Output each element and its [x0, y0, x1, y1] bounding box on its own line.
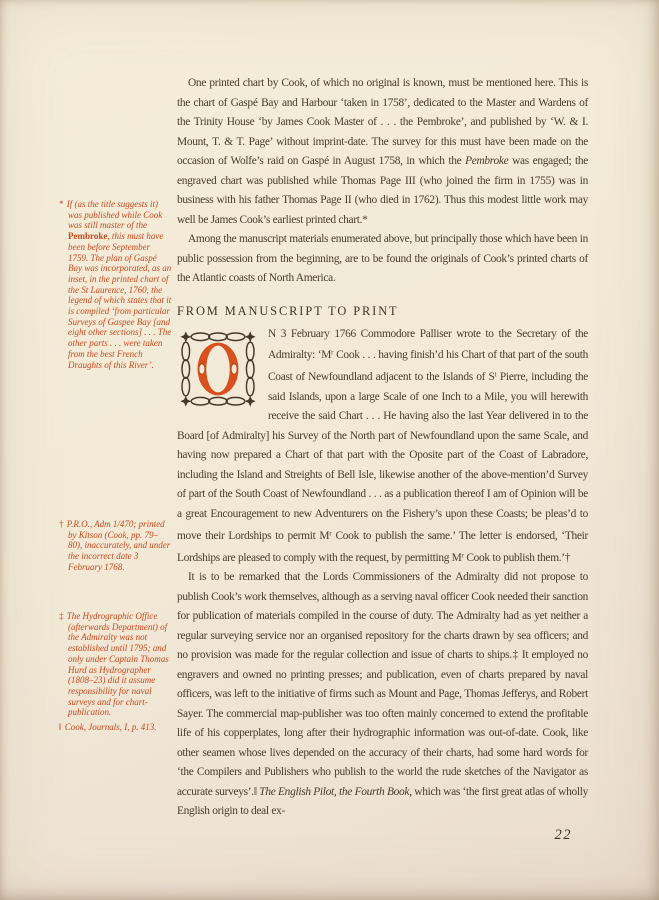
body-paragraph-2: Among the manuscript materials enumerate…	[177, 230, 588, 289]
margin-note-parallels: ‖ Cook, Journals, I, p. 413.	[59, 722, 172, 733]
margin-note-asterisk: * If (as the title suggests it) was publ…	[59, 199, 172, 370]
drop-cap-ornament: O	[177, 328, 259, 410]
book-page: * If (as the title suggests it) was publ…	[0, 0, 659, 900]
body-paragraph-1: One printed chart by Cook, of which no o…	[177, 74, 588, 230]
margin-note-double-dagger: ‡ The Hydrographic Office (afterwards De…	[59, 611, 172, 718]
margin-notes-column: * If (as the title suggests it) was publ…	[59, 0, 163, 900]
body-paragraph-4: It is to be remarked that the Lords Comm…	[177, 568, 588, 822]
initial-bead-right-icon	[231, 363, 237, 373]
page-number: 22	[177, 826, 588, 846]
margin-note-dagger: † P.R.O., Adm 1/470; printed by Kitson (…	[59, 519, 172, 573]
initial-bead-left-icon	[199, 363, 205, 373]
main-text-column: One printed chart by Cook, of which no o…	[177, 74, 588, 845]
illuminated-initial-icon: O	[177, 328, 259, 410]
section-heading: FROM MANUSCRIPT TO PRINT	[177, 303, 588, 319]
body-paragraph-3: O	[177, 325, 588, 569]
